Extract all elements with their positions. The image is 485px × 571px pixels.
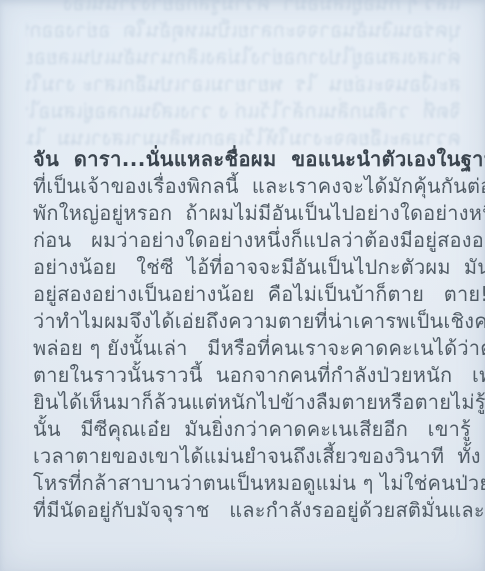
showthrough-line: สะเงื่อนจะเอ่ยน ไร พยายามเอาเปนอีกเสาะ ง… [26, 71, 461, 98]
showthrough-line: แล้ว ๆ กันอยู่เสมอมา ความรู้สึกอย่างว่าน… [26, 0, 461, 17]
paragraph-line: โหรที่กล้าสาบานว่าตนเป็นหมอดูแม่น ๆ ไม่ใ… [33, 470, 455, 497]
showthrough-line: บุคร่อนเงินอันอาจจะกลายเป็นเหตุอันใด อย่… [26, 17, 461, 44]
paragraph-line: ที่เป็นเจ้าของเรื่องพิกลนี้ และเราคงจะได… [33, 173, 455, 200]
paragraph-line: ตายในราวนั้นราวนี้ นอกจากคนที่กำลังป่วยห… [33, 362, 455, 389]
paragraph-line: ว่าทำไมผมจึงได้เอ่ยถึงความตายที่น่าเคารพ… [33, 308, 455, 335]
showthrough-line: ค่าเสงเสมอยู่ไปงากอย่างไม่ลงเลิกนานอันเป… [26, 44, 461, 71]
paragraph-heading-line: จัน ดารา...นั่นแหละชื่อผม ขอแนะนำตัวเองใ… [33, 146, 455, 173]
book-page: แล้ว ๆ กันอยู่เสมอมา ความรู้สึกอย่างว่าน… [0, 0, 485, 571]
paragraph-line: ที่มีนัดอยู่กับมัจจุราช และกำลังรออยู่ด้… [33, 497, 455, 524]
showthrough-line: จิตที่ วาติมกลิ่นเกล้าไว้แก่ ง วางเสงินเ… [26, 98, 461, 125]
paragraph-line: นั้น มีซีคุณเอ๋ย มันยิ่งกว่าคาดคะเนเสียอ… [33, 416, 455, 443]
paragraph-line: ก่อน ผมว่าอย่างใดอย่างหนึ่งก็แปลว่าต้องม… [33, 227, 455, 254]
page-text: จัน ดารา...นั่นแหละชื่อผม ขอแนะนำตัวเองใ… [33, 146, 455, 524]
paragraph-line: อย่างน้อย ใช่ซี ไอ้ที่อาจจะมีอันเป็นไปกะ… [33, 254, 455, 281]
paragraph-line: พักใหญ่อยู่หรอก ถ้าผมไม่มีอันเป็นไปอย่าง… [33, 200, 455, 227]
paragraph-line: เวลาตายของเขาได้แม่นยำจนถึงเสี้ยวของวินา… [33, 443, 455, 470]
paragraph-line: พล่อย ๆ ยังนั้นเล่า มีหรือที่คนเราจะคาดค… [33, 335, 455, 362]
paragraph-line: อยู่สองอย่างเป็นอย่างน้อย คือไม่เป็นบ้าก… [33, 281, 455, 308]
paragraph-line: ยินได้เห็นมาก็ล้วนแต่หนักไปข้างลืมตายหรื… [33, 389, 455, 416]
showthrough-text: แล้ว ๆ กันอยู่เสมอมา ความรู้สึกอย่างว่าน… [26, 0, 461, 150]
